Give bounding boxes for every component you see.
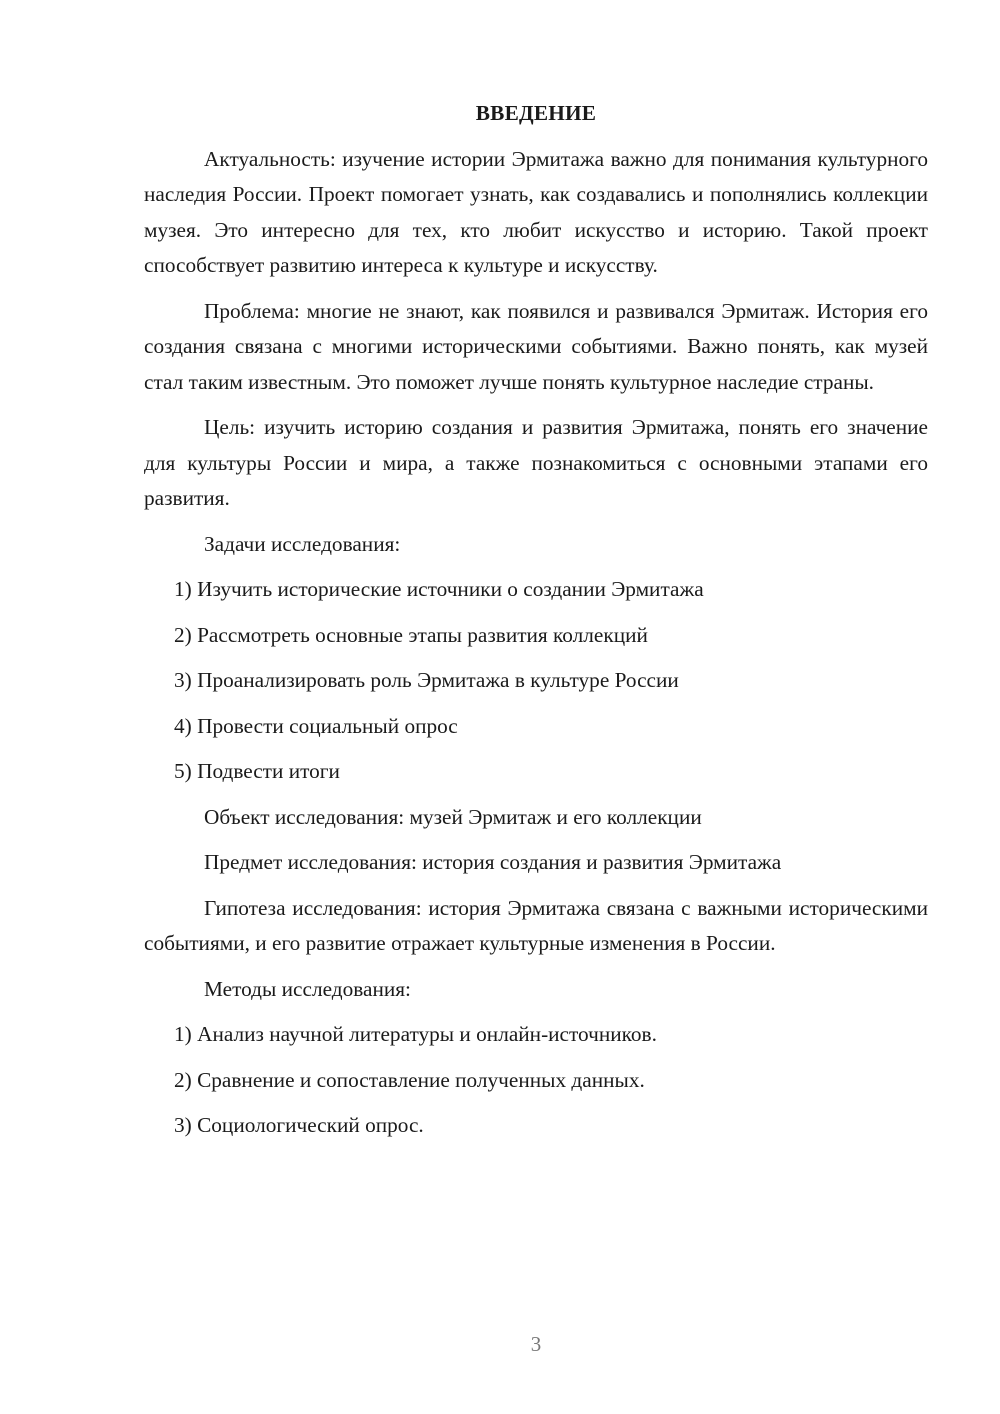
methods-list: 1) Анализ научной литературы и онлайн-ис…: [144, 1017, 928, 1144]
page-number: 3: [0, 1332, 1000, 1357]
method-item: 2) Сравнение и сопоставление полученных …: [144, 1063, 928, 1099]
problem-paragraph: Проблема: многие не знают, как появился …: [144, 294, 928, 401]
task-item: 2) Рассмотреть основные этапы развития к…: [144, 618, 928, 654]
hypothesis-paragraph: Гипотеза исследования: история Эрмитажа …: [144, 891, 928, 962]
task-item: 3) Проанализировать роль Эрмитажа в куль…: [144, 663, 928, 699]
tasks-heading: Задачи исследования:: [144, 527, 928, 563]
method-item: 1) Анализ научной литературы и онлайн-ис…: [144, 1017, 928, 1053]
section-title: ВВЕДЕНИЕ: [144, 96, 928, 132]
task-item: 1) Изучить исторические источники о созд…: [144, 572, 928, 608]
page-content: ВВЕДЕНИЕ Актуальность: изучение истории …: [144, 96, 928, 1154]
tasks-list: 1) Изучить исторические источники о созд…: [144, 572, 928, 790]
methods-heading: Методы исследования:: [144, 972, 928, 1008]
research-object: Объект исследования: музей Эрмитаж и его…: [144, 800, 928, 836]
task-item: 5) Подвести итоги: [144, 754, 928, 790]
goal-paragraph: Цель: изучить историю создания и развити…: [144, 410, 928, 517]
document-page: ВВЕДЕНИЕ Актуальность: изучение истории …: [0, 0, 1000, 1414]
method-item: 3) Социологический опрос.: [144, 1108, 928, 1144]
research-subject: Предмет исследования: история создания и…: [144, 845, 928, 881]
relevance-paragraph: Актуальность: изучение истории Эрмитажа …: [144, 142, 928, 284]
task-item: 4) Провести социальный опрос: [144, 709, 928, 745]
